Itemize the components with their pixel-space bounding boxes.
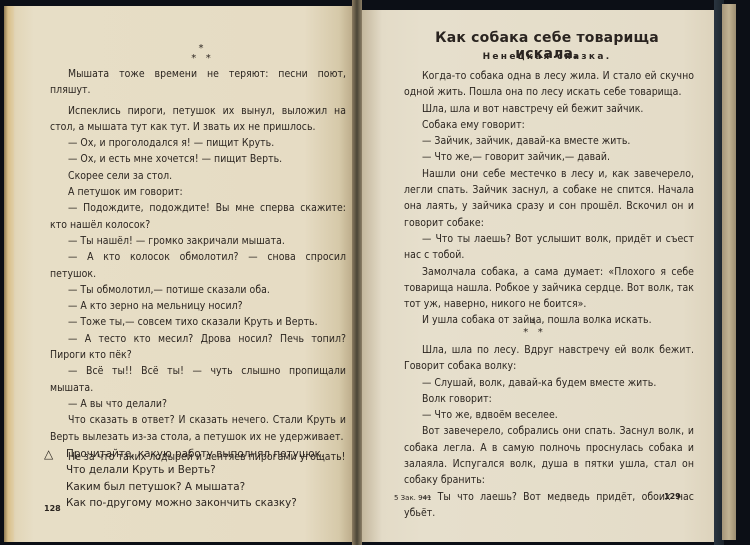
paragraph: Нашли они себе местечко в лесу и, как за… (404, 166, 694, 231)
paragraph: А петушок им говорит: (50, 184, 346, 200)
paragraph: — Ты что лаешь? Вот медведь придёт, обои… (404, 489, 694, 522)
paragraph: — Что же,— говорит зайчик,— давай. (404, 149, 694, 165)
paragraph: — Зайчик, зайчик, давай-ка вместе жить. (404, 133, 694, 149)
printer-signature: 5 Зак. 941 (394, 494, 432, 502)
paragraph: Шла, шла и вот навстречу ей бежит зайчик… (404, 101, 694, 117)
paragraph: — Слушай, волк, давай-ка будем вместе жи… (404, 375, 694, 391)
story-subtitle: Ненецкая сказка. (402, 52, 692, 62)
left-page-edge (4, 6, 14, 542)
question-line: Как по-другому можно закончить сказку? (66, 495, 344, 511)
right-page-body-part2: Шла, шла по лесу. Вдруг навстречу ей вол… (404, 342, 694, 521)
paragraph: — А вы что делали? (50, 396, 346, 412)
paragraph: И ушла собака от зайца, пошла волка иска… (404, 312, 694, 328)
triangle-icon: △ (44, 446, 53, 462)
paragraph: Когда-то собака одна в лесу жила. И стал… (404, 68, 694, 101)
paragraph: — Всё ты!! Всё ты! — чуть слышно пропища… (50, 363, 346, 396)
question-line: Прочитайте, какую работу выполнял петушо… (66, 446, 344, 479)
paragraph: — Тоже ты,— совсем тихо сказали Круть и … (50, 314, 346, 330)
paragraph: — А кто зерно на мельницу носил? (50, 298, 346, 314)
book-gutter (352, 0, 362, 545)
paragraph: — Что ты лаешь? Вот услышит волк, придёт… (404, 231, 694, 264)
open-book-spread: * * * Мышата тоже времени не теряют: пес… (0, 0, 750, 545)
paragraph: — Подождите, подождите! Вы мне сперва ск… (50, 200, 346, 233)
right-page-stack-edge (722, 4, 736, 540)
paragraph: — Ох, и проголодался я! — пищит Круть. (50, 135, 346, 151)
paragraph: Испеклись пироги, петушок их вынул, выло… (50, 103, 346, 136)
paragraph: Мышата тоже времени не теряют: песни пою… (50, 66, 346, 99)
section-separator-right: * * * (518, 318, 548, 338)
paragraph: Замолчала собака, а сама думает: «Плохог… (404, 264, 694, 313)
paragraph: — Ох, и есть мне хочется! — пищит Верть. (50, 151, 346, 167)
question-line: Каким был петушок? А мышата? (66, 479, 344, 495)
paragraph: Шла, шла по лесу. Вдруг навстречу ей вол… (404, 342, 694, 375)
paragraph: — А кто колосок обмолотил? — снова спрос… (50, 249, 346, 282)
paragraph: — Что же, вдвоём веселее. (404, 407, 694, 423)
paragraph: Волк говорит: (404, 391, 694, 407)
paragraph: Собака ему говорит: (404, 117, 694, 133)
paragraph: Вот завечерело, собрались они спать. Зас… (404, 423, 694, 488)
paragraph: — Ты нашёл! — громко закричали мышата. (50, 233, 346, 249)
section-separator-left: * * * (186, 44, 216, 64)
paragraph: — А тесто кто месил? Дрова носил? Печь т… (50, 331, 346, 364)
paragraph: Что сказать в ответ? И сказать нечего. С… (50, 412, 346, 445)
page-number-right: 129 (664, 492, 681, 501)
left-page-body: Мышата тоже времени не теряют: песни пою… (50, 66, 346, 465)
paragraph: — Ты обмолотил,— потише сказали оба. (50, 282, 346, 298)
paragraph: Скорее сели за стол. (50, 168, 346, 184)
right-page-body-part1: Когда-то собака одна в лесу жила. И стал… (404, 68, 694, 329)
questions-block: △ Прочитайте, какую работу выполнял пету… (44, 446, 344, 511)
page-number-left: 128 (44, 504, 61, 513)
